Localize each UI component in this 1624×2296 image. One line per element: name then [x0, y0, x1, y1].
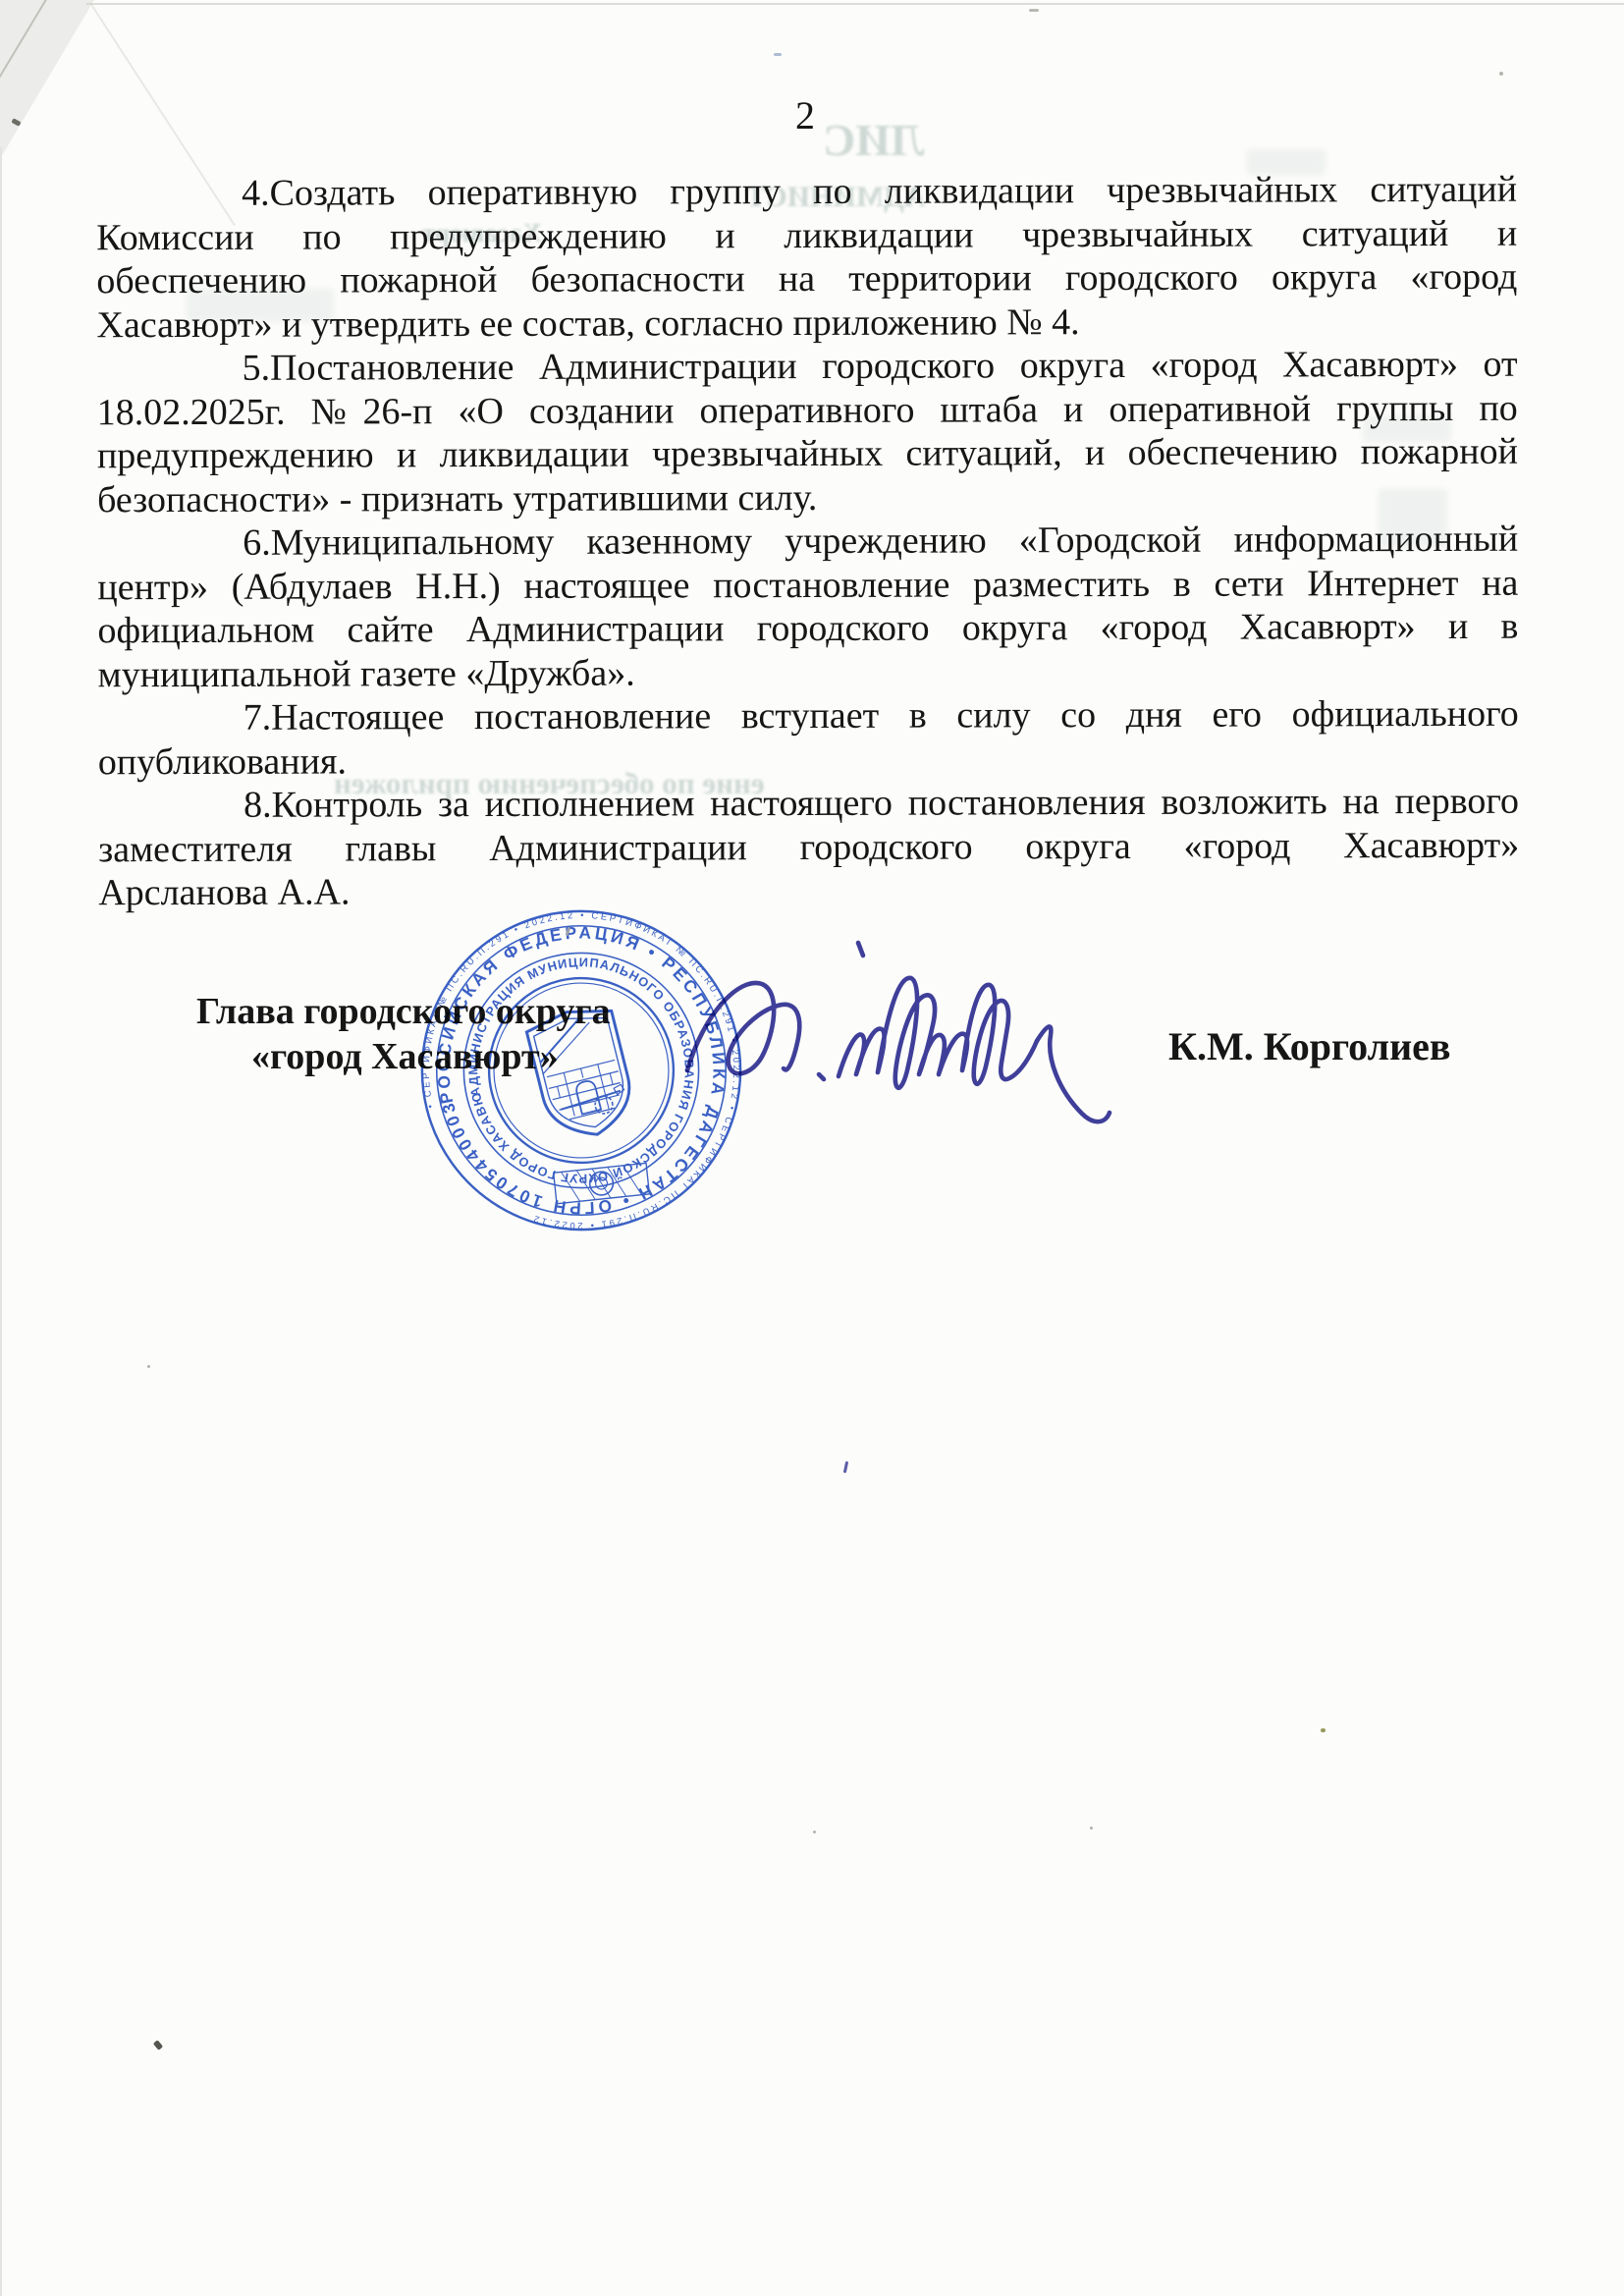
document-line: заместителя главы Администрации городско…: [98, 823, 1519, 871]
scanned-document-page: 2 ЛИС АДМИНИСТ Хасавюрт ение по обеспече…: [0, 0, 1624, 2296]
document-line: 8.Контроль за исполнением настоящего пос…: [98, 780, 1519, 828]
signatory-name: К.М. Корголиев: [1168, 1023, 1451, 1069]
document-line: официальном сайте Администрации городско…: [97, 605, 1518, 653]
document-line: центр» (Абдулаев Н.Н.) настоящее постано…: [97, 561, 1518, 609]
document-line: обеспечению пожарной безопасности на тер…: [96, 255, 1517, 303]
signature-ink-mark: [858, 943, 863, 956]
bleed-through-text: ЛИС: [823, 114, 924, 166]
document-line: безопасности» - признать утратившими сил…: [97, 473, 1518, 521]
stamp-coat-of-arms: [524, 1002, 639, 1145]
scan-speck: [147, 1365, 150, 1368]
scan-speck: [774, 53, 782, 56]
scan-left-edge: [0, 147, 2, 2296]
scan-speck: [843, 1461, 848, 1473]
document-line: опубликования.: [98, 736, 1519, 784]
document-line: Хасавюрт» и утвердить ее состав, согласн…: [96, 299, 1517, 347]
document-text-block: 4.Создать оперативную группу по ликвидац…: [96, 168, 1519, 915]
document-line: 18.02.2025г. №26-п «О создании оперативн…: [97, 386, 1518, 434]
document-line: 5.Постановление Администрации городского…: [97, 343, 1518, 391]
scan-speck: [813, 1831, 816, 1833]
scan-top-edge: [86, 3, 1624, 5]
scan-speck: [1029, 9, 1039, 12]
scan-speck: [1090, 1827, 1093, 1830]
scan-speck: [153, 2040, 163, 2050]
document-line: 4.Создать оперативную группу по ликвидац…: [96, 168, 1517, 216]
page-corner-fold: [0, 0, 94, 159]
document-line: муниципальной газете «Дружба».: [98, 648, 1519, 696]
document-line: 7.Настоящее постановление вступает в сил…: [98, 692, 1519, 740]
document-line: предупреждению и ликвидации чрезвычайных…: [97, 430, 1518, 478]
document-line: 6.Муниципальному казенному учреждению «Г…: [97, 518, 1518, 566]
scan-speck: [1321, 1728, 1326, 1732]
scan-speck: [1499, 72, 1503, 76]
document-line: Комиссии по предупреждению и ликвидации …: [96, 211, 1517, 259]
handwritten-signature: [676, 905, 1142, 1166]
